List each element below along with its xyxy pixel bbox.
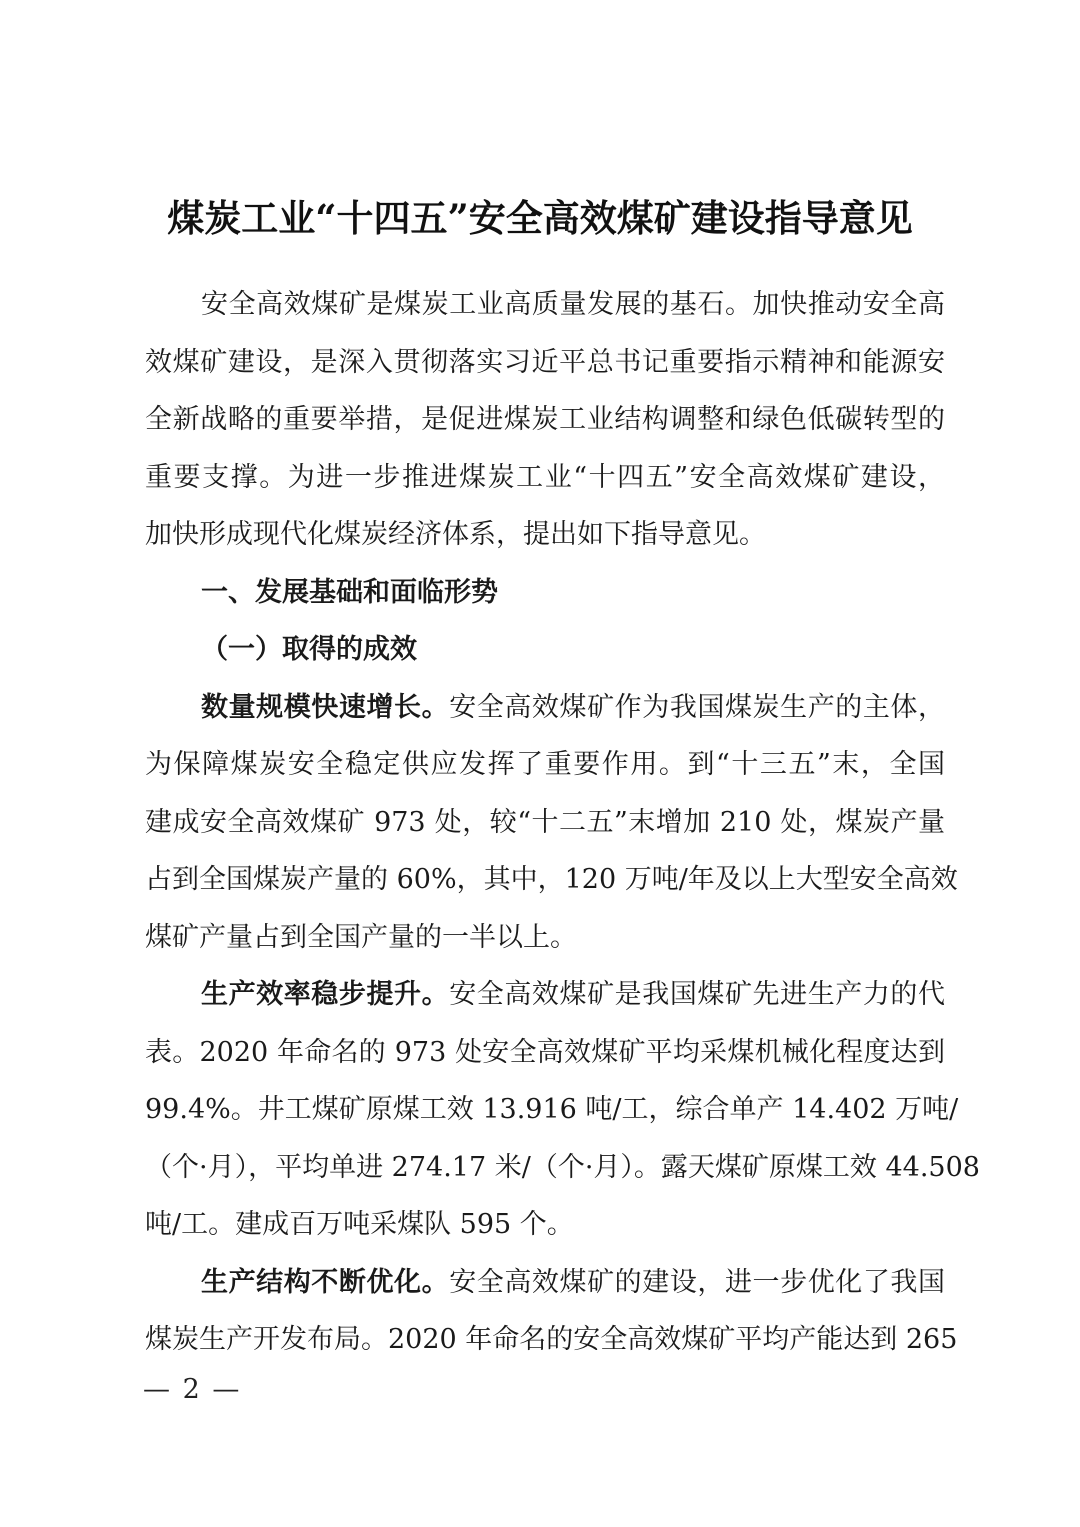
paragraph-text: 安全高效煤矿作为我国煤炭生产的主体， <box>449 692 945 723</box>
paragraph-text: 安全高效煤矿的建设，进一步优化了我国 <box>449 1267 945 1298</box>
paragraph-first-line: 数量规模快速增长。安全高效煤矿作为我国煤炭生产的主体， <box>145 679 945 737</box>
paragraph-lead: 生产结构不断优化。 <box>201 1267 449 1298</box>
paragraph-line: 表。2020 年命名的 973 处安全高效煤矿平均采煤机械化程度达到 <box>145 1024 945 1082</box>
paragraph-lead: 生产效率稳步提升。 <box>201 979 449 1010</box>
document-title: 煤炭工业“十四五”安全高效煤矿建设指导意见 <box>0 190 1080 246</box>
document-body: 安全高效煤矿是煤炭工业高质量发展的基石。加快推动安全高 效煤矿建设，是深入贯彻落… <box>145 276 945 1369</box>
paragraph-line: 煤矿产量占到全国产量的一半以上。 <box>145 909 945 967</box>
section-heading: 一、发展基础和面临形势 <box>145 564 945 622</box>
intro-line: 加快形成现代化煤炭经济体系，提出如下指导意见。 <box>145 506 945 564</box>
paragraph-line: 煤炭生产开发布局。2020 年命名的安全高效煤矿平均产能达到 265 <box>145 1311 945 1369</box>
paragraph-line: 占到全国煤炭产量的 60%，其中，120 万吨/年及以上大型安全高效 <box>145 851 945 909</box>
document-page: 煤炭工业“十四五”安全高效煤矿建设指导意见 安全高效煤矿是煤炭工业高质量发展的基… <box>0 0 1080 1527</box>
page-number: — 2 — <box>143 1370 241 1410</box>
paragraph-line: 建成安全高效煤矿 973 处，较“十二五”末增加 210 处，煤炭产量 <box>145 794 945 852</box>
paragraph-line: （个·月），平均单进 274.17 米/（个·月）。露天煤矿原煤工效 44.50… <box>145 1139 945 1197</box>
intro-line: 全新战略的重要举措，是促进煤炭工业结构调整和绿色低碳转型的 <box>145 391 945 449</box>
paragraph-line: 为保障煤炭安全稳定供应发挥了重要作用。到“十三五”末，全国 <box>145 736 945 794</box>
subsection-heading: （一）取得的成效 <box>145 621 945 679</box>
intro-line: 重要支撑。为进一步推进煤炭工业“十四五”安全高效煤矿建设， <box>145 449 945 507</box>
intro-line: 效煤矿建设，是深入贯彻落实习近平总书记重要指示精神和能源安 <box>145 334 945 392</box>
paragraph-text: 安全高效煤矿是我国煤矿先进生产力的代 <box>449 979 945 1010</box>
paragraph-line: 99.4%。井工煤矿原煤工效 13.916 吨/工，综合单产 14.402 万吨… <box>145 1081 945 1139</box>
paragraph-line: 吨/工。建成百万吨采煤队 595 个。 <box>145 1196 945 1254</box>
paragraph-lead: 数量规模快速增长。 <box>201 692 449 723</box>
paragraph-first-line: 生产效率稳步提升。安全高效煤矿是我国煤矿先进生产力的代 <box>145 966 945 1024</box>
paragraph-first-line: 生产结构不断优化。安全高效煤矿的建设，进一步优化了我国 <box>145 1254 945 1312</box>
intro-line: 安全高效煤矿是煤炭工业高质量发展的基石。加快推动安全高 <box>145 276 945 334</box>
